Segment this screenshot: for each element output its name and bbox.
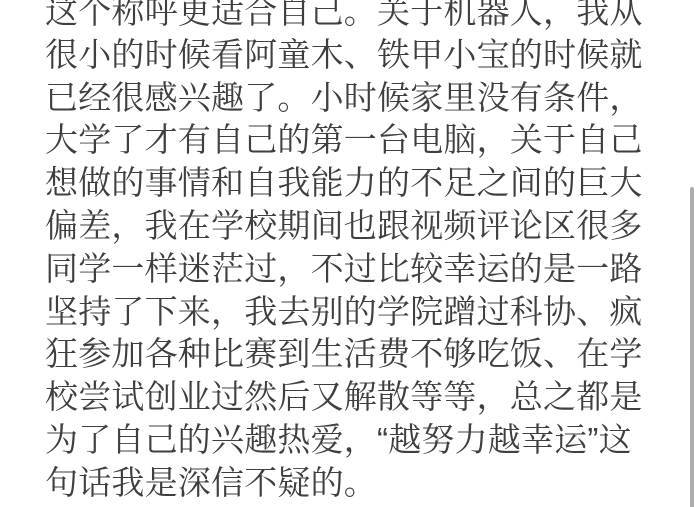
text-line: 偏差，我在学校期间也跟视频评论区很多 xyxy=(45,205,660,248)
scrollbar-thumb[interactable] xyxy=(690,187,694,507)
text-line: 大学了才有自己的第一台电脑，关于自己 xyxy=(45,119,660,162)
text-line: 句话我是深信不疑的。 xyxy=(45,462,660,505)
paragraph-text: 这个称呼更适合自己。关于机器人，我从 很小的时候看阿童木、铁甲小宝的时候就 已经… xyxy=(45,0,660,505)
text-line: 已经很感兴趣了。小时候家里没有条件， xyxy=(45,77,660,120)
text-viewport: 这个称呼更适合自己。关于机器人，我从 很小的时候看阿童木、铁甲小宝的时候就 已经… xyxy=(0,0,700,507)
text-line: 为了自己的兴趣热爱，“越努力越幸运”这 xyxy=(45,419,660,462)
text-line: 这个称呼更适合自己。关于机器人，我从 xyxy=(45,0,660,34)
text-line: 坚持了下来，我去别的学院蹭过科协、疯 xyxy=(45,291,660,334)
text-line: 想做的事情和自我能力的不足之间的巨大 xyxy=(45,162,660,205)
text-line: 狂参加各种比赛到生活费不够吃饭、在学 xyxy=(45,333,660,376)
text-line: 同学一样迷茫过，不过比较幸运的是一路 xyxy=(45,248,660,291)
text-line: 校尝试创业过然后又解散等等，总之都是 xyxy=(45,376,660,419)
text-line: 很小的时候看阿童木、铁甲小宝的时候就 xyxy=(45,34,660,77)
